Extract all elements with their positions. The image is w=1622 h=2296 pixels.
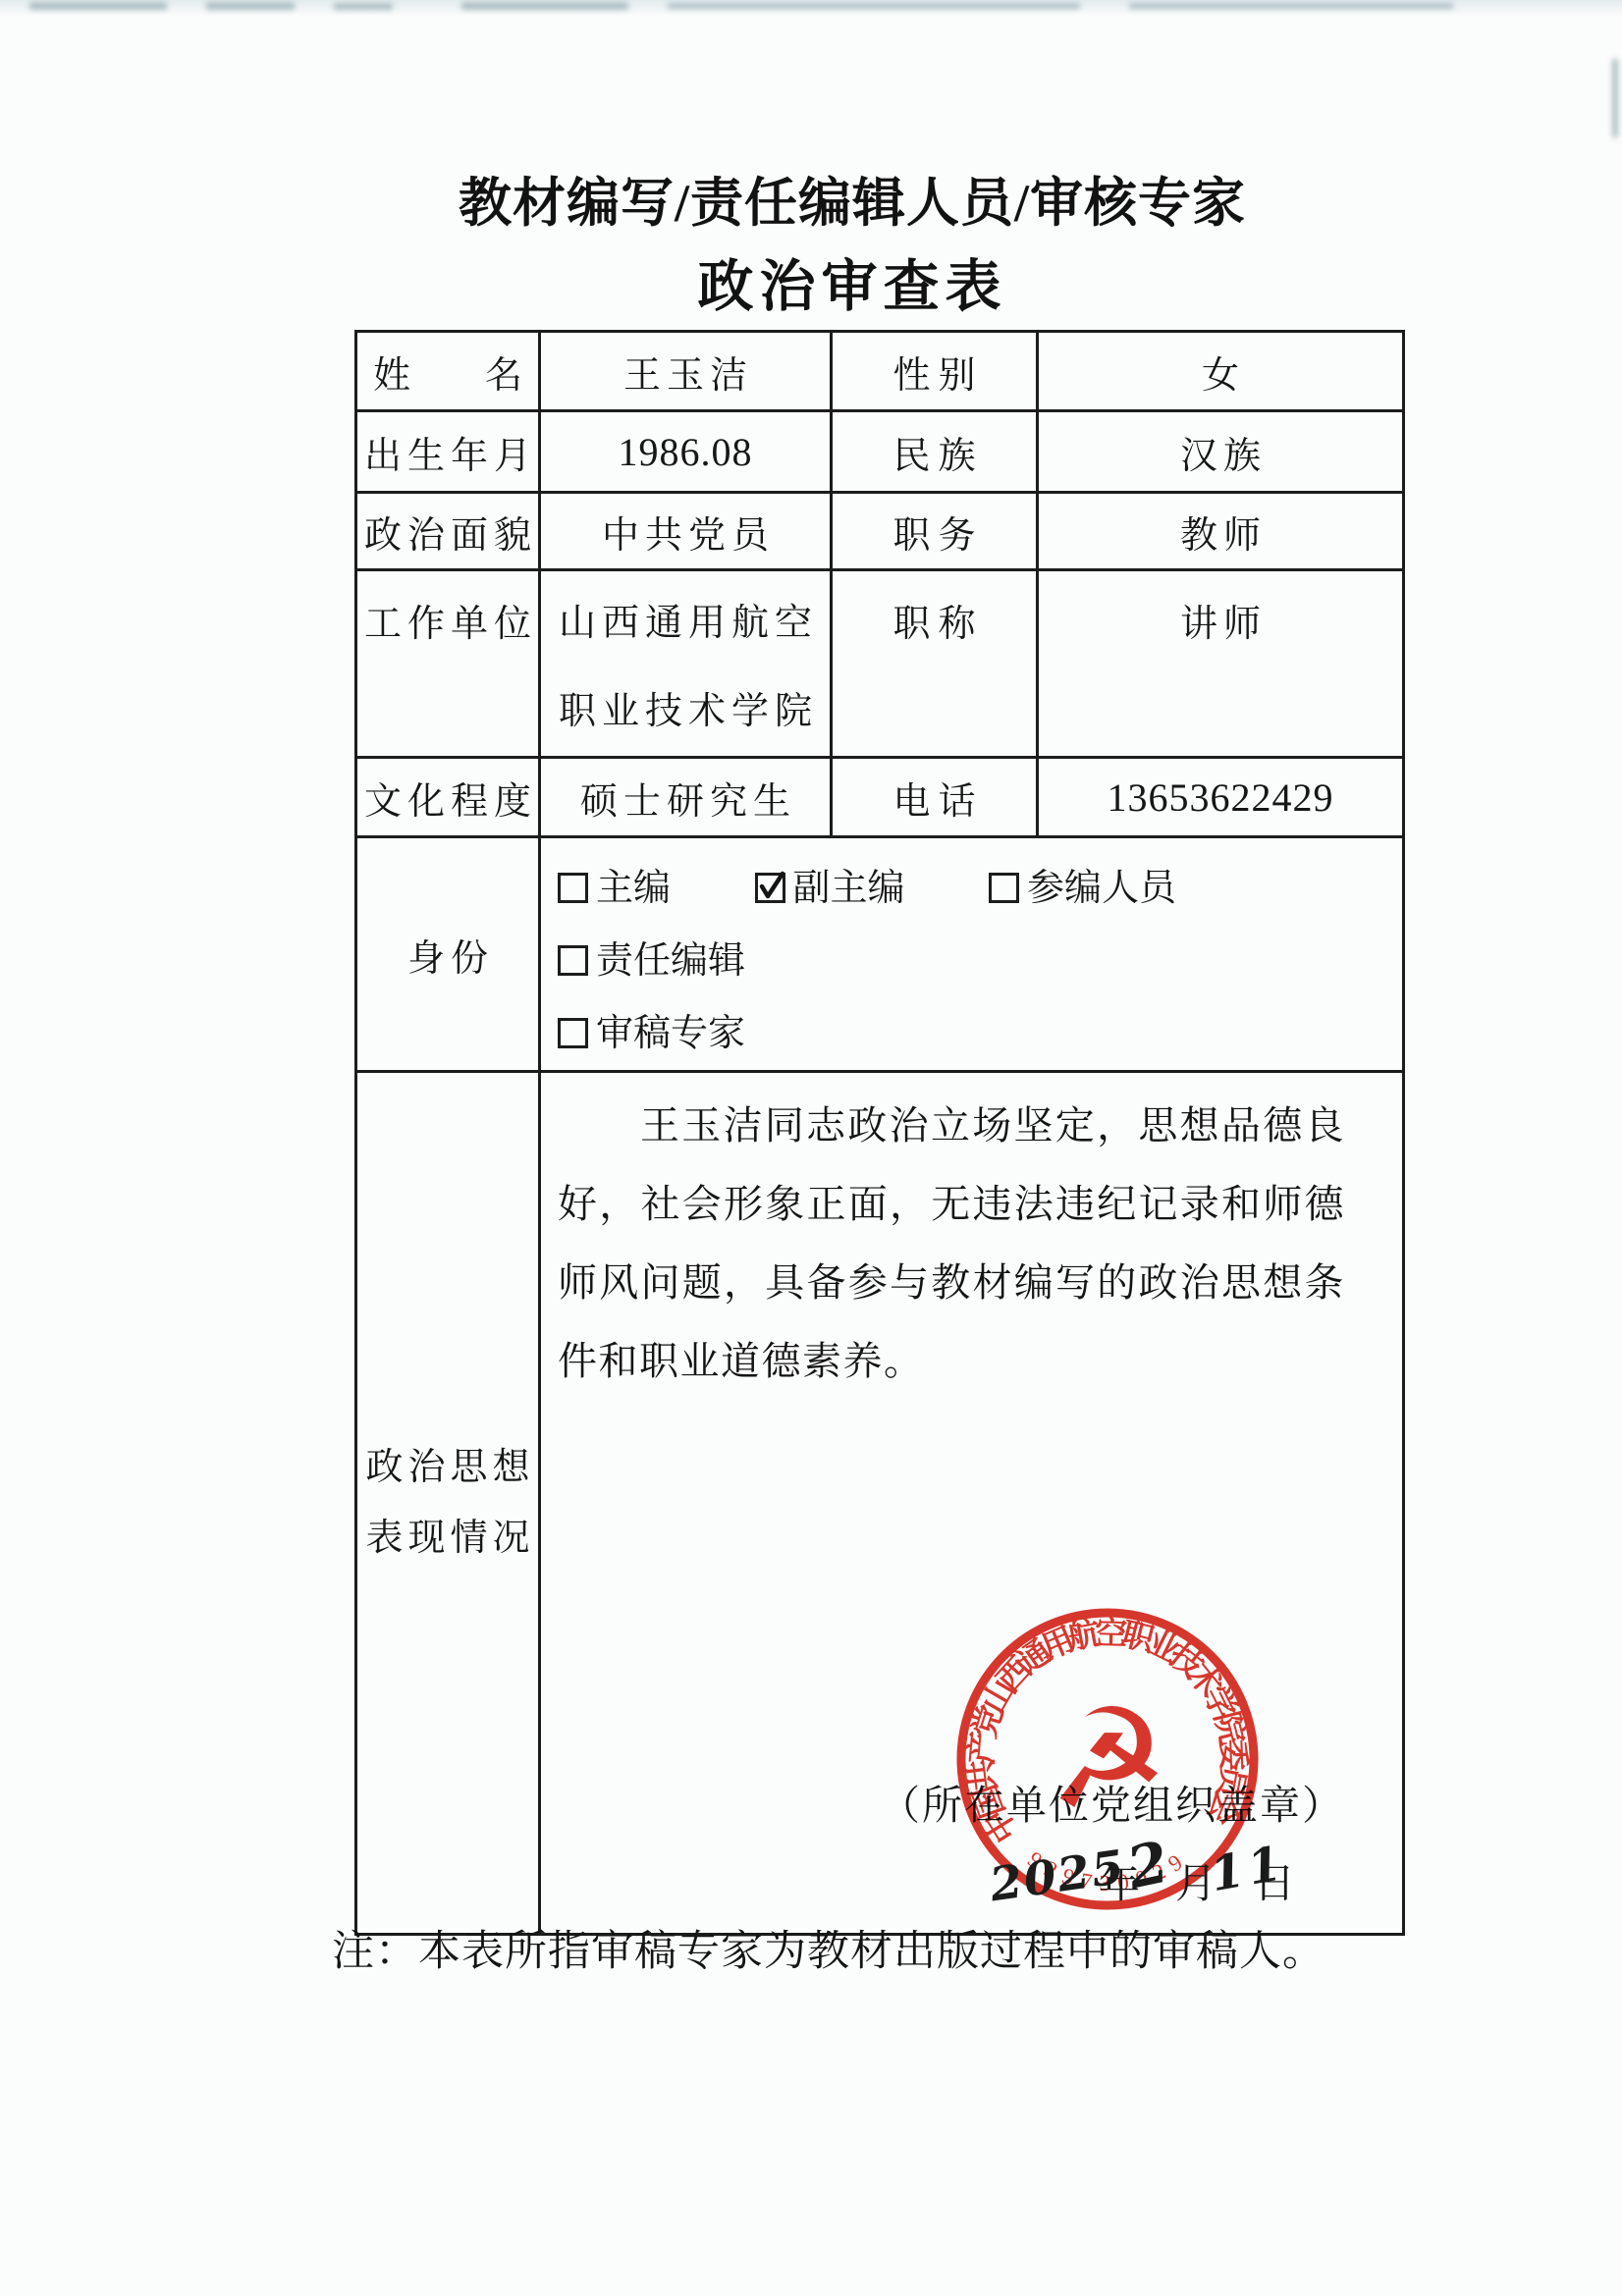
duty-label: 职务	[832, 493, 1038, 570]
scan-artifact	[334, 3, 393, 10]
identity-options-line3: 审稿专家	[558, 997, 1402, 1070]
option-label: 审稿专家	[596, 1013, 745, 1054]
table-row-workunit: 工作单位 山西通用航空 职业技术学院 职称 讲师	[356, 570, 1404, 758]
workunit-value-line2: 职业技术学院	[541, 667, 830, 756]
checkbox-unchecked-icon	[558, 945, 588, 976]
checkbox-unchecked-icon	[558, 873, 588, 903]
scan-artifact	[461, 2, 628, 10]
option-contributor: 参编人员	[989, 852, 1176, 925]
checkbox-checked-icon	[755, 873, 785, 903]
political-review-paragraph: 王玉洁同志政治立场坚定，思想品德良好，社会形象正面，无违法违纪记录和师德师风问题…	[558, 1087, 1345, 1401]
ethnic-value: 汉族	[1038, 411, 1404, 493]
scan-artifact	[29, 2, 167, 10]
identity-options-line2: 责任编辑	[558, 925, 1402, 997]
political-review-label-line1: 政治思想	[357, 1432, 538, 1503]
table-row-identity: 身份 主编 副主编 参编人员 责任编辑 审稿专家	[356, 837, 1404, 1072]
option-responsible-editor: 责任编辑	[558, 925, 745, 997]
education-label: 文化程度	[356, 758, 540, 837]
name-value: 王玉洁	[540, 332, 832, 411]
table-row-political-status: 政治面貌 中共党员 职务 教师	[356, 493, 1404, 570]
table-row-name: 姓 名 王玉洁 性别 女	[356, 332, 1404, 411]
table-row-birth: 出生年月 1986.08 民族 汉族	[356, 411, 1404, 493]
scan-artifact	[1129, 3, 1453, 9]
name-label: 姓 名	[356, 332, 540, 411]
scanned-political-review-form: { "title": { "line1": "教材编写/责任编辑人员/审核专家"…	[0, 0, 1622, 2296]
day-unit-label: 日	[1254, 1851, 1295, 1910]
political-review-label: 政治思想 表现情况	[356, 1072, 540, 1935]
page-title-line2: 政治审查表	[420, 257, 1284, 318]
page-title: 教材编写/责任编辑人员/审核专家 政治审查表	[420, 173, 1284, 318]
workunit-label: 工作单位	[356, 570, 540, 758]
education-value: 硕士研究生	[540, 758, 832, 837]
scan-artifact	[206, 2, 295, 10]
political-status-label: 政治面貌	[356, 493, 540, 570]
table-row-education: 文化程度 硕士研究生 电话 13653622429	[356, 758, 1404, 837]
title-value: 讲师	[1038, 570, 1404, 758]
birth-value: 1986.08	[540, 411, 832, 493]
option-chief-editor: 主编	[558, 852, 671, 925]
option-label: 副主编	[793, 868, 905, 909]
duty-value: 教师	[1038, 493, 1404, 570]
option-label: 主编	[596, 868, 671, 909]
gender-value: 女	[1038, 332, 1404, 411]
identity-options-line1: 主编 副主编 参编人员	[558, 852, 1402, 925]
option-label: 责任编辑	[596, 940, 745, 982]
political-status-value: 中共党员	[540, 493, 832, 570]
identity-label: 身份	[356, 837, 540, 1072]
checkbox-unchecked-icon	[989, 873, 1019, 903]
phone-label: 电话	[832, 758, 1038, 837]
option-label: 参编人员	[1027, 868, 1176, 909]
workunit-value-line1: 山西通用航空	[541, 579, 830, 667]
scan-artifact	[668, 3, 1080, 9]
ethnic-label: 民族	[832, 411, 1038, 493]
title-label: 职称	[832, 570, 1038, 758]
phone-value: 13653622429	[1038, 758, 1404, 837]
political-review-label-line2: 表现情况	[357, 1503, 538, 1574]
scan-artifact	[1612, 59, 1618, 137]
gender-label: 性别	[832, 332, 1038, 411]
checkbox-unchecked-icon	[558, 1018, 588, 1048]
hammer-and-sickle-icon: ☭	[1043, 1677, 1172, 1841]
birth-label: 出生年月	[356, 411, 540, 493]
footnote: 注：本表所指审稿专家为教材出版过程中的审稿人。	[332, 1918, 1325, 1978]
page-title-line1: 教材编写/责任编辑人员/审核专家	[420, 173, 1284, 234]
option-deputy-chief-editor: 副主编	[755, 852, 905, 925]
identity-options-cell: 主编 副主编 参编人员 责任编辑 审稿专家	[540, 837, 1404, 1072]
option-review-expert: 审稿专家	[558, 997, 745, 1070]
workunit-value: 山西通用航空 职业技术学院	[540, 570, 832, 758]
